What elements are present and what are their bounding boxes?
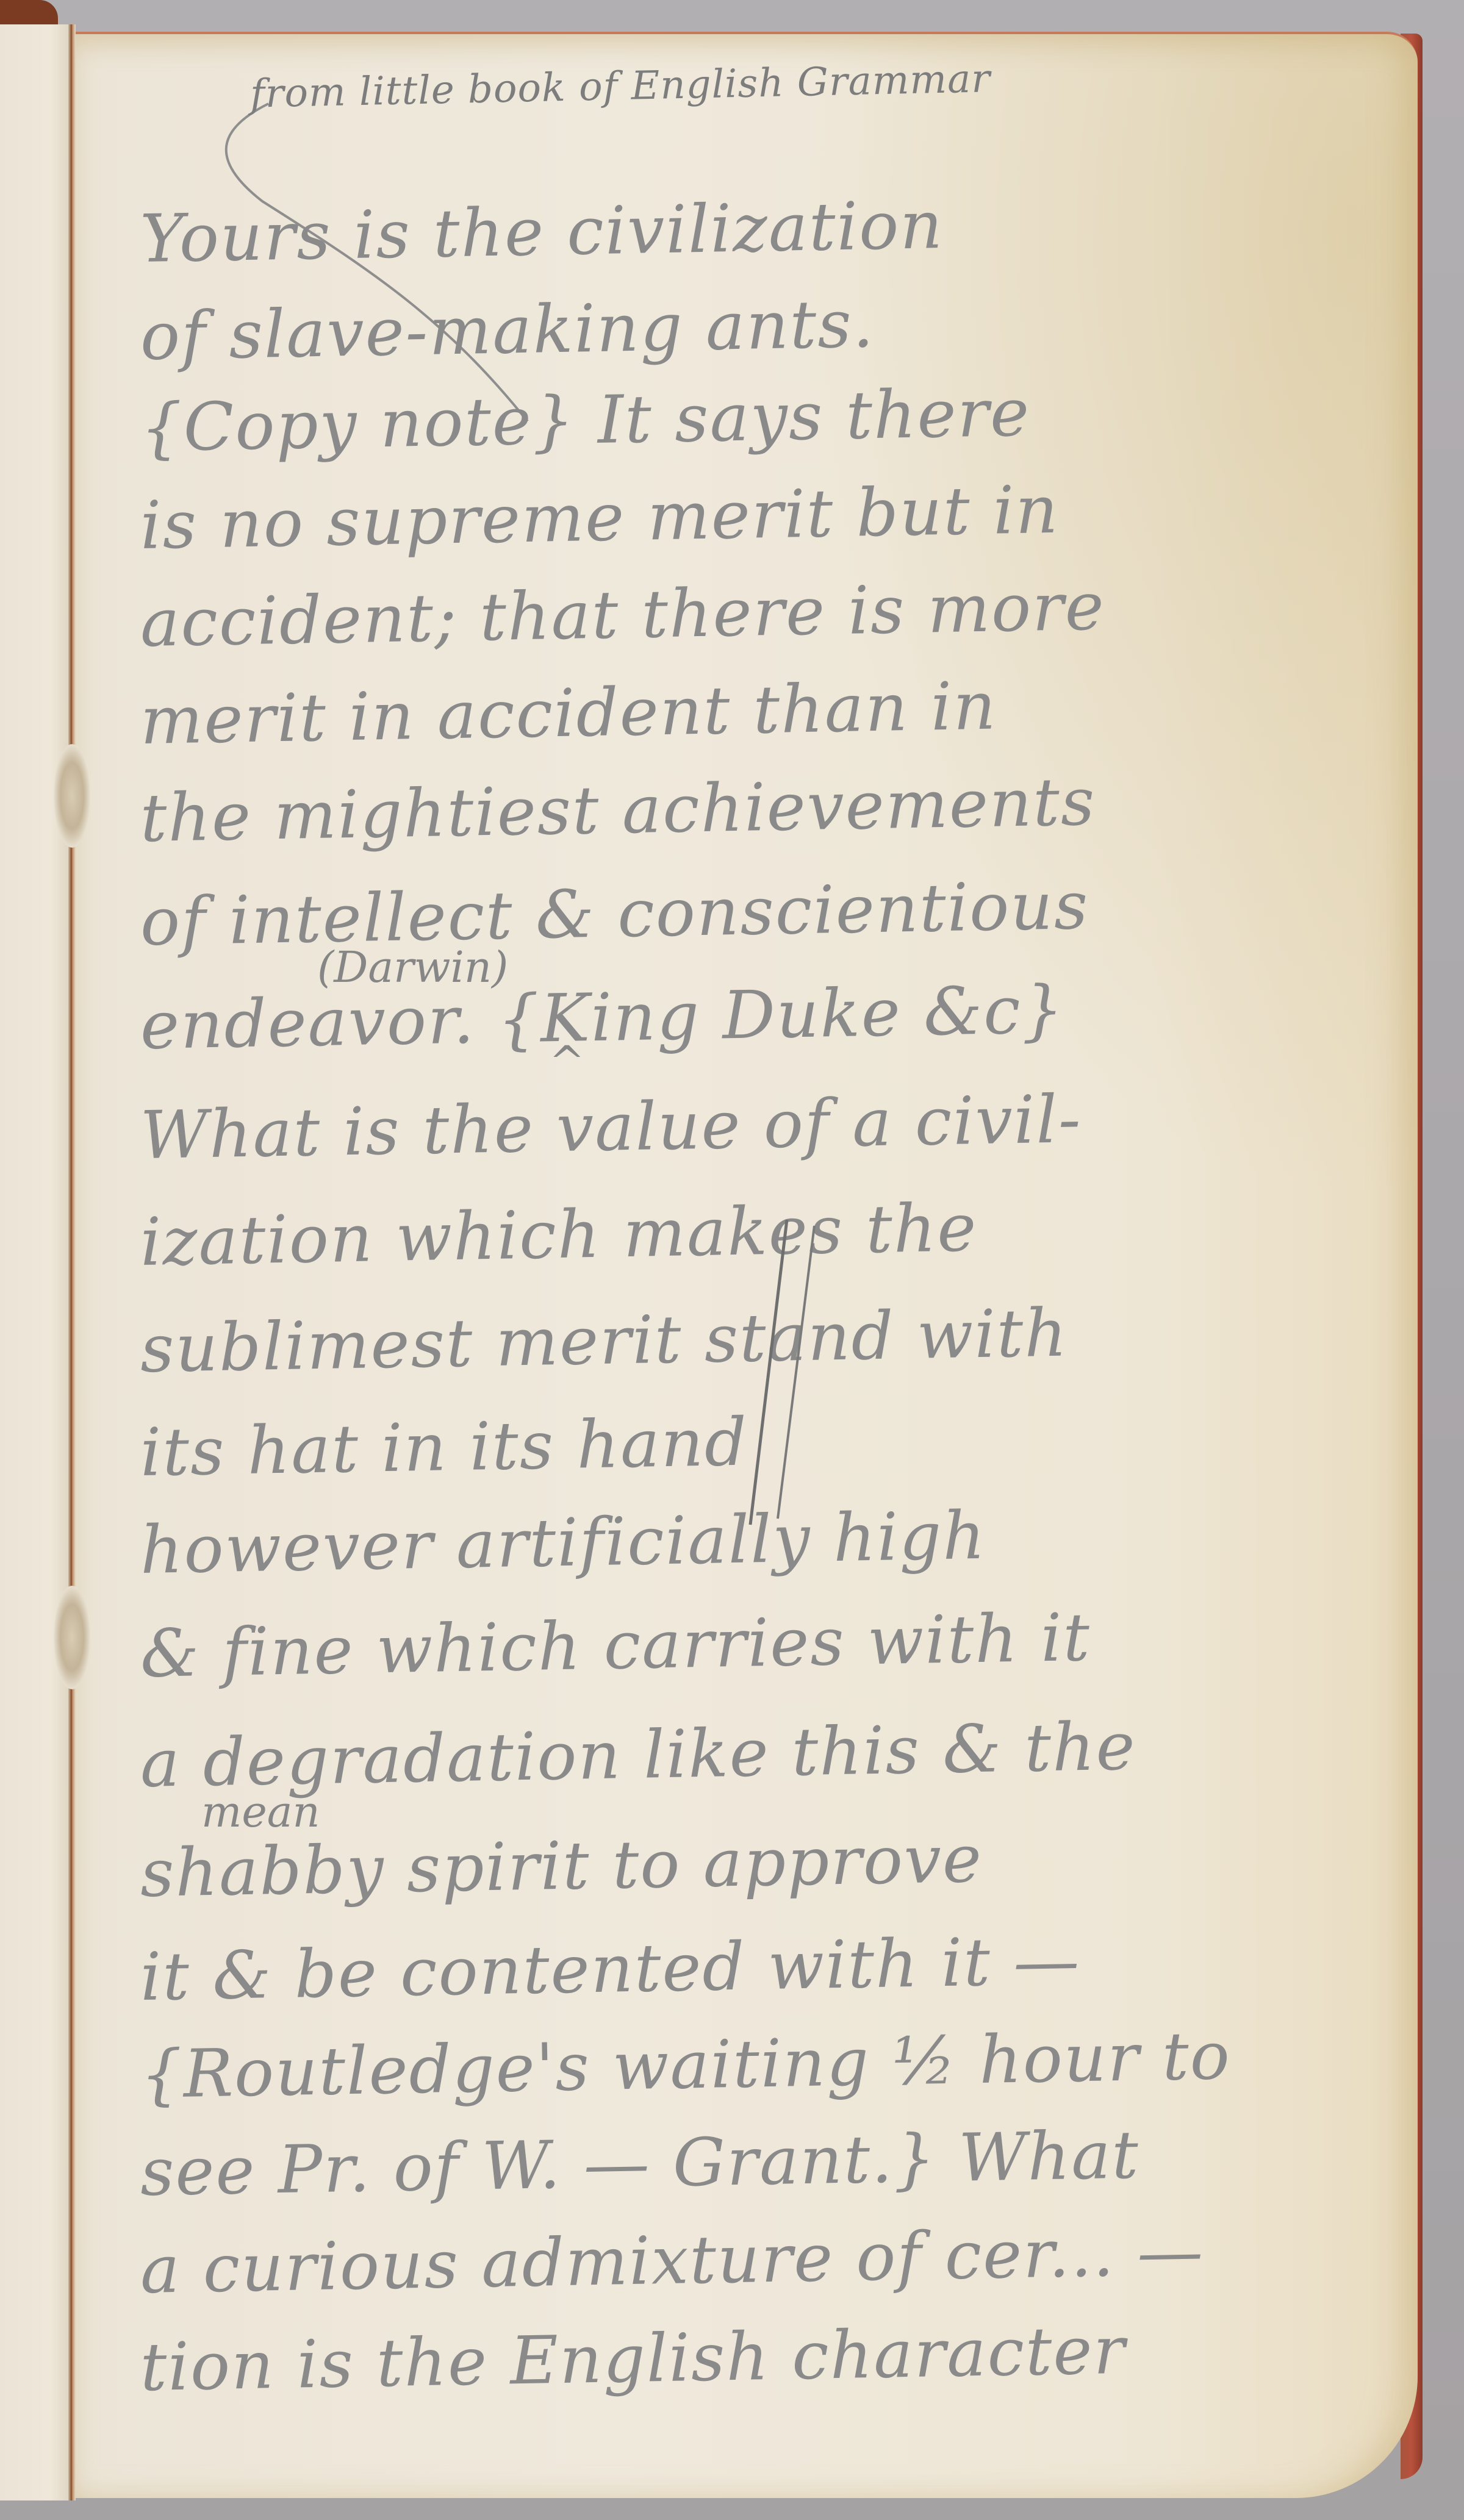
text-line: shabby spirit to approve — [140, 1821, 983, 1912]
text-line: endeavor. {King Duke &c} — [140, 972, 1065, 1064]
text-line: is no supreme merit but in — [140, 472, 1060, 564]
text-line: {Copy note} It says there — [140, 375, 1031, 467]
text-line: of slave-making ants. — [140, 286, 875, 375]
binding-stitch — [54, 1586, 90, 1689]
mean-insertion: mean — [201, 1787, 320, 1837]
text-line: ization which makes the — [140, 1190, 978, 1281]
binding-gutter — [68, 24, 76, 2500]
text-line: Yours is the civilization — [140, 187, 944, 277]
text-line: however artificially high — [140, 1498, 987, 1589]
binding-stitch — [54, 744, 90, 848]
facing-page-edge — [0, 24, 72, 2500]
cover-scrap — [0, 0, 58, 26]
text-line: merit in accident than in — [140, 668, 997, 759]
text-line: sublimest merit stand with — [140, 1295, 1069, 1387]
caret-insert-mark: ^ — [549, 1037, 585, 1087]
insertion-double-slash — [744, 1214, 817, 1531]
text-line: its hat in its hand — [140, 1405, 748, 1491]
